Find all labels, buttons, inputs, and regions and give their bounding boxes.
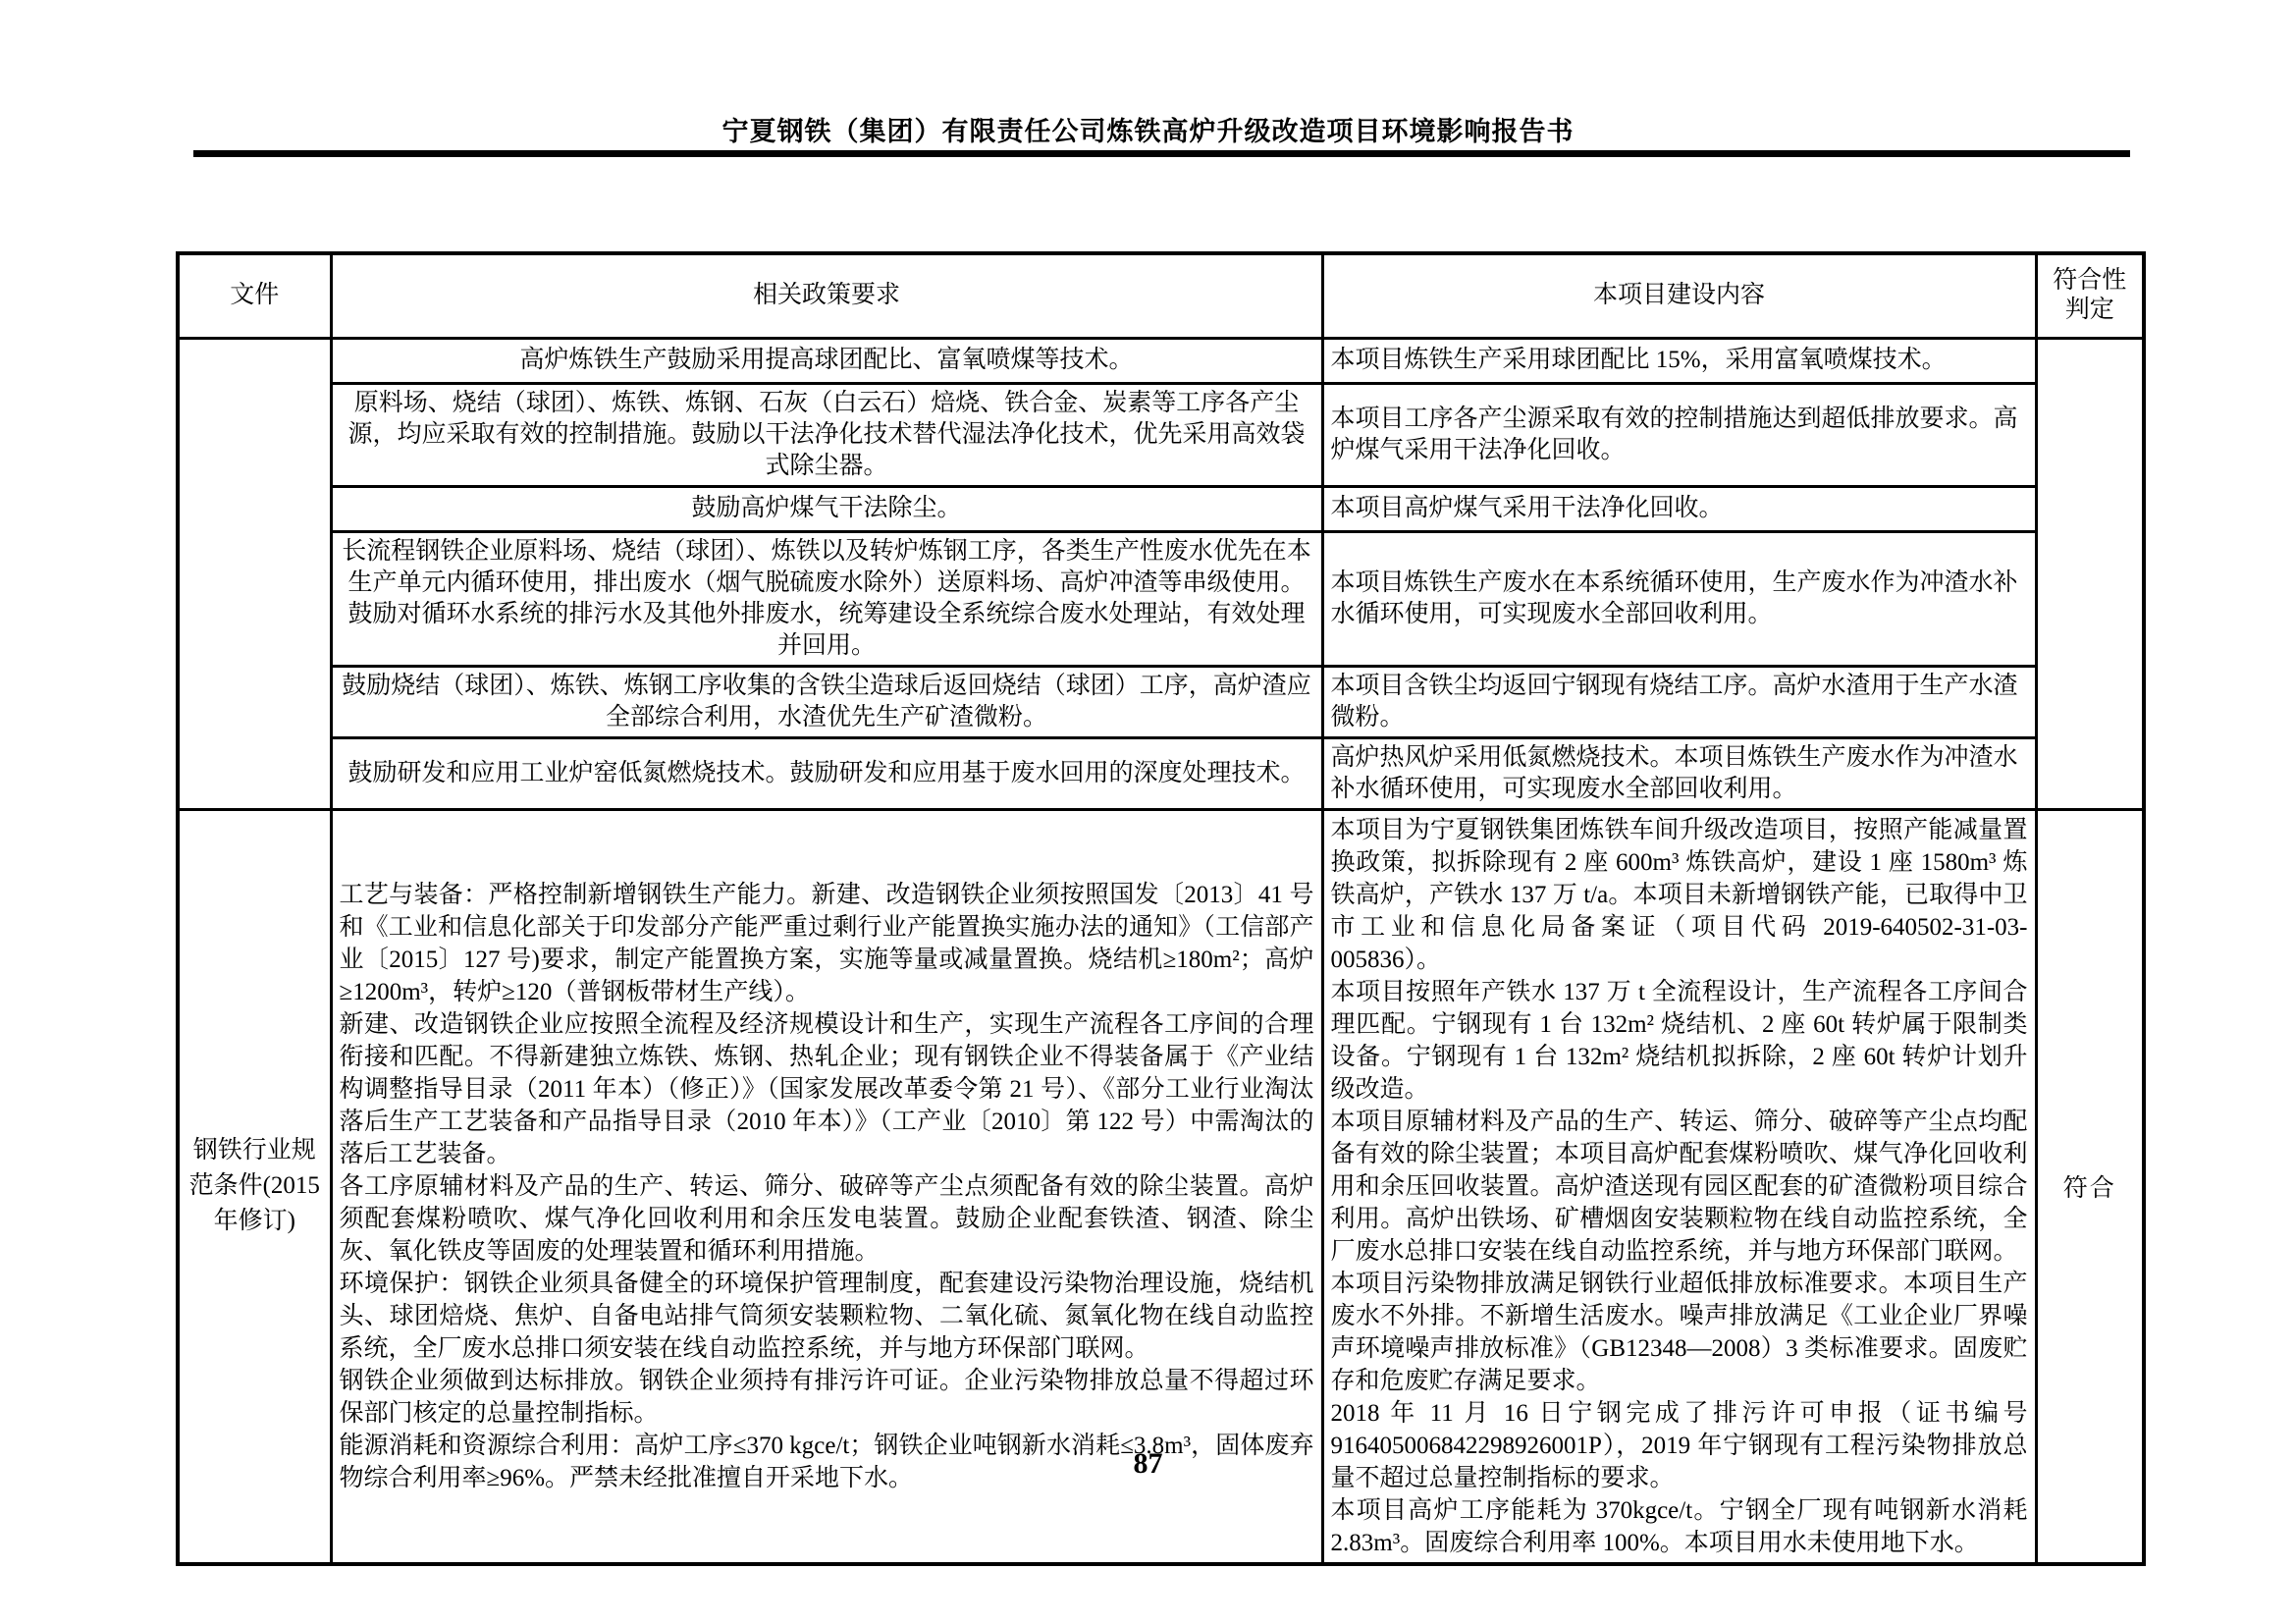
content-paragraph: 本项目为宁夏钢铁集团炼铁车间升级改造项目，按照产能减量置换政策，拟拆除现有 2 …	[1331, 814, 2028, 976]
col-header-content: 本项目建设内容	[1322, 253, 2036, 338]
policy-paragraph: 各工序原辅材料及产品的生产、转运、筛分、破碎等产尘点须配备有效的除尘装置。高炉须…	[340, 1170, 1314, 1268]
compliance-table: 文件 相关政策要求 本项目建设内容 符合性判定 高炉炼铁生产鼓励采用提高球团配比…	[176, 251, 2146, 1566]
col-header-verdict: 符合性判定	[2036, 253, 2144, 338]
policy-cell: 鼓励烧结（球团）、炼铁、炼钢工序收集的含铁尘造球后返回烧结（球团）工序，高炉渣应…	[331, 666, 1322, 737]
policy-cell: 长流程钢铁企业原料场、烧结（球团）、炼铁以及转炉炼钢工序，各类生产性废水优先在本…	[331, 531, 1322, 666]
policy-paragraph: 钢铁企业须做到达标排放。钢铁企业须持有排污许可证。企业污染物排放总量不得超过环保…	[340, 1365, 1314, 1430]
policy-cell: 原料场、烧结（球团）、炼铁、炼钢、石灰（白云石）焙烧、铁合金、炭素等工序各产尘源…	[331, 383, 1322, 486]
content-cell: 本项目炼铁生产废水在本系统循环使用，生产废水作为冲渣水补水循环使用，可实现废水全…	[1322, 531, 2036, 666]
table-row: 鼓励研发和应用工业炉窑低氮燃烧技术。鼓励研发和应用基于废水回用的深度处理技术。 …	[178, 737, 2144, 809]
table-header-row: 文件 相关政策要求 本项目建设内容 符合性判定	[178, 253, 2144, 338]
content-paragraph: 本项目原辅材料及产品的生产、转运、筛分、破碎等产尘点均配备有效的除尘装置；本项目…	[1331, 1106, 2028, 1268]
table-row: 原料场、烧结（球团）、炼铁、炼钢、石灰（白云石）焙烧、铁合金、炭素等工序各产尘源…	[178, 383, 2144, 486]
table-row: 高炉炼铁生产鼓励采用提高球团配比、富氧喷煤等技术。 本项目炼铁生产采用球团配比 …	[178, 338, 2144, 383]
verdict-empty-cell	[2036, 338, 2144, 809]
table-row: 鼓励烧结（球团）、炼铁、炼钢工序收集的含铁尘造球后返回烧结（球团）工序，高炉渣应…	[178, 666, 2144, 737]
document-page: 宁夏钢铁（集团）有限责任公司炼铁高炉升级改造项目环境影响报告书 文件 相关政策要…	[0, 0, 2296, 1624]
content-paragraph: 本项目污染物排放满足钢铁行业超低排放标准要求。本项目生产废水不外排。不新增生活废…	[1331, 1268, 2028, 1397]
page-number: 87	[0, 1447, 2296, 1481]
policy-paragraph: 环境保护：钢铁企业须具备健全的环境保护管理制度，配套建设污染物治理设施，烧结机头…	[340, 1268, 1314, 1365]
policy-cell: 高炉炼铁生产鼓励采用提高球团配比、富氧喷煤等技术。	[331, 338, 1322, 383]
header-divider	[193, 150, 2130, 157]
policy-paragraph: 新建、改造钢铁企业应按照全流程及经济规模设计和生产，实现生产流程各工序间的合理衔…	[340, 1008, 1314, 1170]
content-paragraph: 本项目高炉工序能耗为 370kgce/t。宁钢全厂现有吨钢新水消耗 2.83m³…	[1331, 1494, 2028, 1559]
table-row: 鼓励高炉煤气干法除尘。 本项目高炉煤气采用干法净化回收。	[178, 486, 2144, 531]
content-cell: 本项目含铁尘均返回宁钢现有烧结工序。高炉水渣用于生产水渣微粉。	[1322, 666, 2036, 737]
file-empty-cell	[178, 338, 331, 809]
page-header-title: 宁夏钢铁（集团）有限责任公司炼铁高炉升级改造项目环境影响报告书	[0, 110, 2296, 148]
content-cell: 本项目高炉煤气采用干法净化回收。	[1322, 486, 2036, 531]
policy-cell: 鼓励高炉煤气干法除尘。	[331, 486, 1322, 531]
content-paragraph: 本项目按照年产铁水 137 万 t 全流程设计，生产流程各工序间合理匹配。宁钢现…	[1331, 976, 2028, 1106]
content-cell: 本项目炼铁生产采用球团配比 15%，采用富氧喷煤技术。	[1322, 338, 2036, 383]
col-header-file: 文件	[178, 253, 331, 338]
policy-cell: 鼓励研发和应用工业炉窑低氮燃烧技术。鼓励研发和应用基于废水回用的深度处理技术。	[331, 737, 1322, 809]
col-header-policy: 相关政策要求	[331, 253, 1322, 338]
table-row: 长流程钢铁企业原料场、烧结（球团）、炼铁以及转炉炼钢工序，各类生产性废水优先在本…	[178, 531, 2144, 666]
content-cell: 高炉热风炉采用低氮燃烧技术。本项目炼铁生产废水作为冲渣水补水循环使用，可实现废水…	[1322, 737, 2036, 809]
content-cell: 本项目工序各产尘源采取有效的控制措施达到超低排放要求。高炉煤气采用干法净化回收。	[1322, 383, 2036, 486]
policy-paragraph: 工艺与装备：严格控制新增钢铁生产能力。新建、改造钢铁企业须按照国发〔2013〕4…	[340, 879, 1314, 1008]
